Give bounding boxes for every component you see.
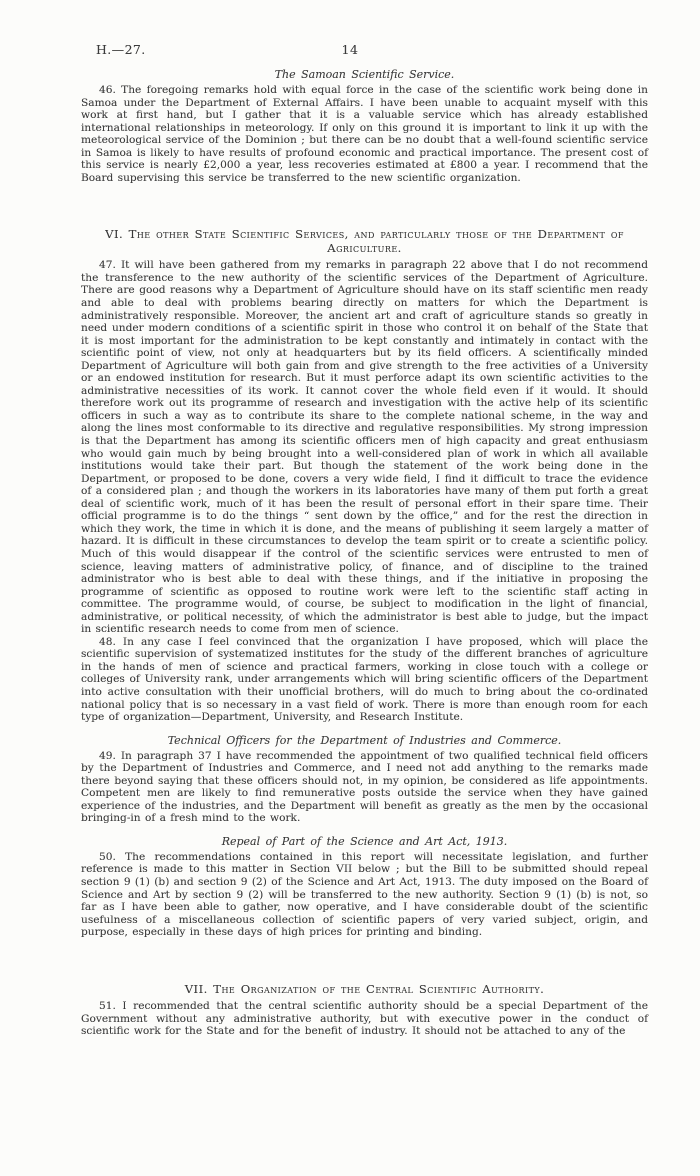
paragraph: 49. In paragraph 37 I have recommended t… [81, 750, 648, 825]
document-body: The Samoan Scientific Service.46. The fo… [81, 68, 648, 1038]
section-heading-smallcaps: VII. The Organization of the Central Sci… [81, 983, 648, 997]
paragraph: 46. The foregoing remarks hold with equa… [81, 84, 648, 184]
paragraph: 48. In any case I feel convinced that th… [81, 636, 648, 724]
paragraph: 50. The recommendations contained in thi… [81, 851, 648, 939]
section-heading-italic: The Samoan Scientific Service. [81, 68, 648, 82]
section-heading-italic: Repeal of Part of the Science and Art Ac… [81, 835, 648, 849]
section-heading-italic: Technical Officers for the Department of… [81, 734, 648, 748]
section-heading-smallcaps: VI. The other State Scientific Services,… [81, 228, 648, 255]
document-page: H.—27. 14 The Samoan Scientific Service.… [0, 0, 700, 1176]
paragraph: 51. I recommended that the central scien… [81, 1000, 648, 1038]
paragraph: 47. It will have been gathered from my r… [81, 259, 648, 635]
document-reference: H.—27. [96, 43, 146, 57]
page-header: H.—27. 14 [0, 43, 700, 57]
